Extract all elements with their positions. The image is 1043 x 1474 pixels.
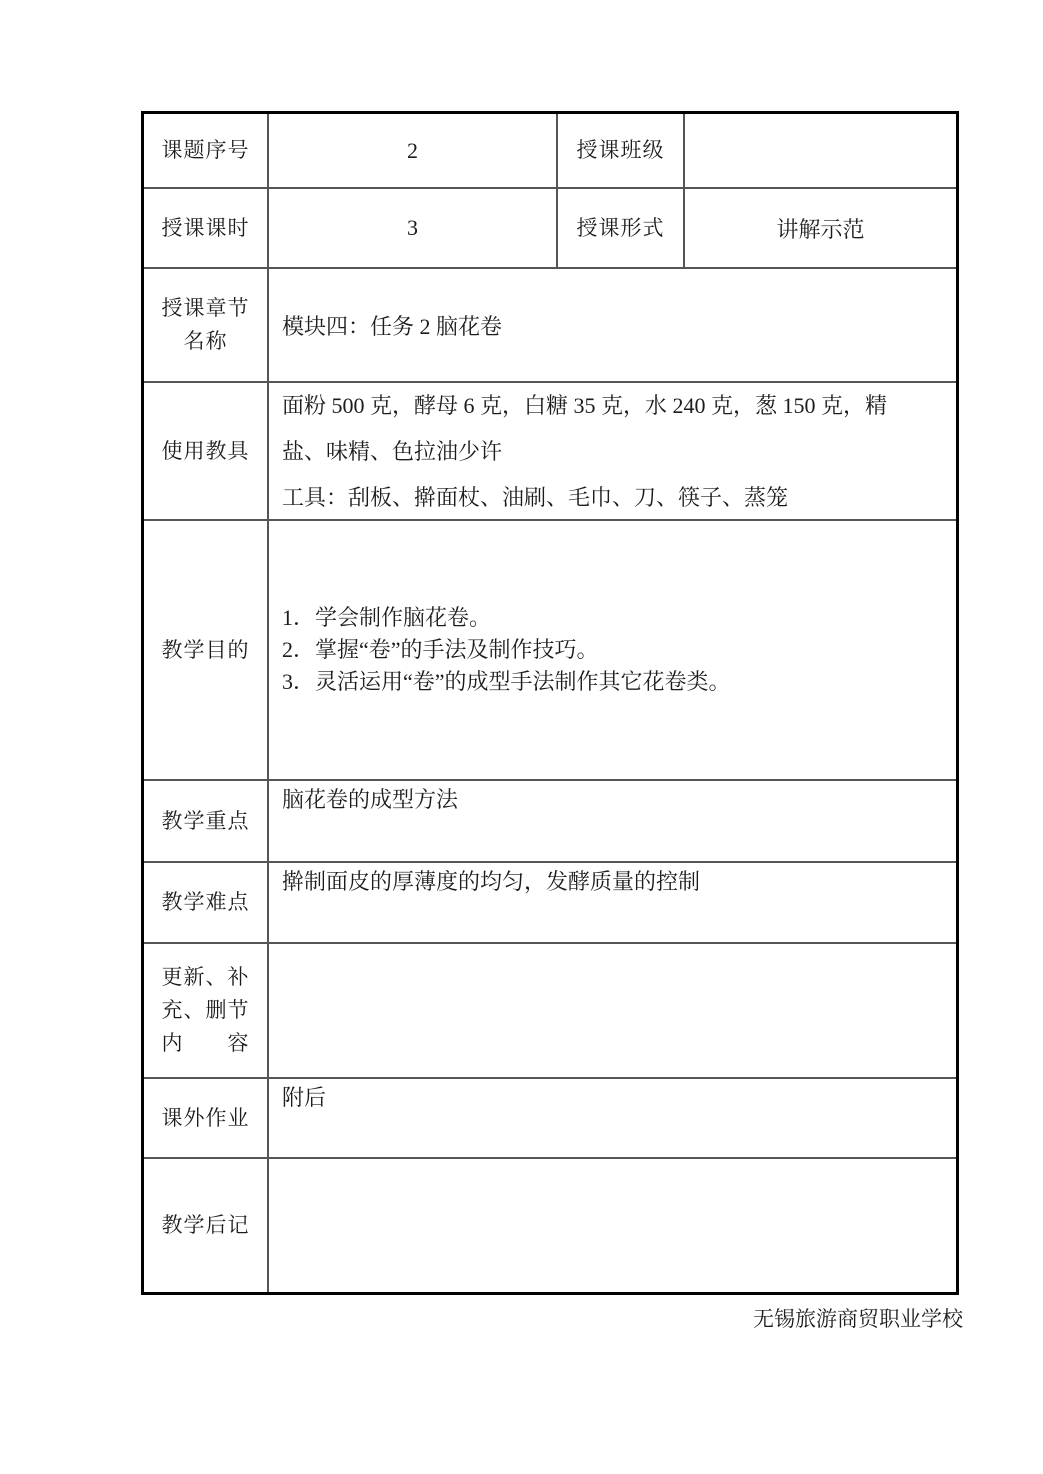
- value-updates: [269, 944, 956, 1079]
- label-tools: 使用教具: [144, 383, 269, 521]
- objective-item-3: 3．灵活运用“卷”的成型手法制作其它花卷类。: [282, 666, 946, 698]
- label-homework: 课外作业: [144, 1079, 269, 1159]
- label-chapter-line1: 授课章节: [162, 292, 250, 325]
- label-periods: 授课课时: [144, 189, 269, 269]
- value-homework: 附后: [269, 1079, 956, 1159]
- label-form: 授课形式: [558, 189, 685, 269]
- value-tools: 面粉 500 克，酵母 6 克，白糖 35 克，水 240 克，葱 150 克，…: [269, 383, 956, 521]
- tools-line-1: 面粉 500 克，酵母 6 克，白糖 35 克，水 240 克，葱 150 克，…: [282, 383, 946, 429]
- label-chapter-name: 授课章节 名称: [144, 269, 269, 383]
- school-name: 无锡旅游商贸职业学校: [753, 1303, 963, 1333]
- lesson-plan-table: 课题序号 2 授课班级 授课课时 3 授课形式 讲解示范 授课章节 名称 模块四…: [141, 111, 959, 1295]
- label-chapter-line2: 名称: [184, 325, 228, 358]
- value-lesson-number: 2: [269, 114, 558, 189]
- objective-item-1: 1．学会制作脑花卷。: [282, 602, 946, 634]
- label-class: 授课班级: [558, 114, 685, 189]
- label-updates: 更新、补 充、删节 内 容: [144, 944, 269, 1079]
- label-notes: 教学后记: [144, 1159, 269, 1292]
- document-page: 课题序号 2 授课班级 授课课时 3 授课形式 讲解示范 授课章节 名称 模块四…: [0, 0, 1043, 1474]
- tools-line-2: 盐、味精、色拉油少许: [282, 429, 946, 475]
- label-difficulties: 教学难点: [144, 863, 269, 944]
- value-chapter-name: 模块四：任务 2 脑花卷: [269, 269, 956, 383]
- label-key-points: 教学重点: [144, 781, 269, 863]
- label-updates-line3: 内 容: [162, 1027, 250, 1060]
- value-form: 讲解示范: [685, 189, 956, 269]
- label-updates-line2: 充、删节: [162, 994, 250, 1027]
- label-objectives: 教学目的: [144, 521, 269, 781]
- value-class: [685, 114, 956, 189]
- label-updates-line1: 更新、补: [162, 961, 250, 994]
- value-key-points: 脑花卷的成型方法: [269, 781, 956, 863]
- value-notes: [269, 1159, 956, 1292]
- value-difficulties: 擀制面皮的厚薄度的均匀，发酵质量的控制: [269, 863, 956, 944]
- value-objectives: 1．学会制作脑花卷。 2．掌握“卷”的手法及制作技巧。 3．灵活运用“卷”的成型…: [269, 521, 956, 781]
- tools-line-3: 工具：刮板、擀面杖、油刷、毛巾、刀、筷子、蒸笼: [282, 475, 946, 521]
- objective-item-2: 2．掌握“卷”的手法及制作技巧。: [282, 634, 946, 666]
- label-lesson-number: 课题序号: [144, 114, 269, 189]
- value-periods: 3: [269, 189, 558, 269]
